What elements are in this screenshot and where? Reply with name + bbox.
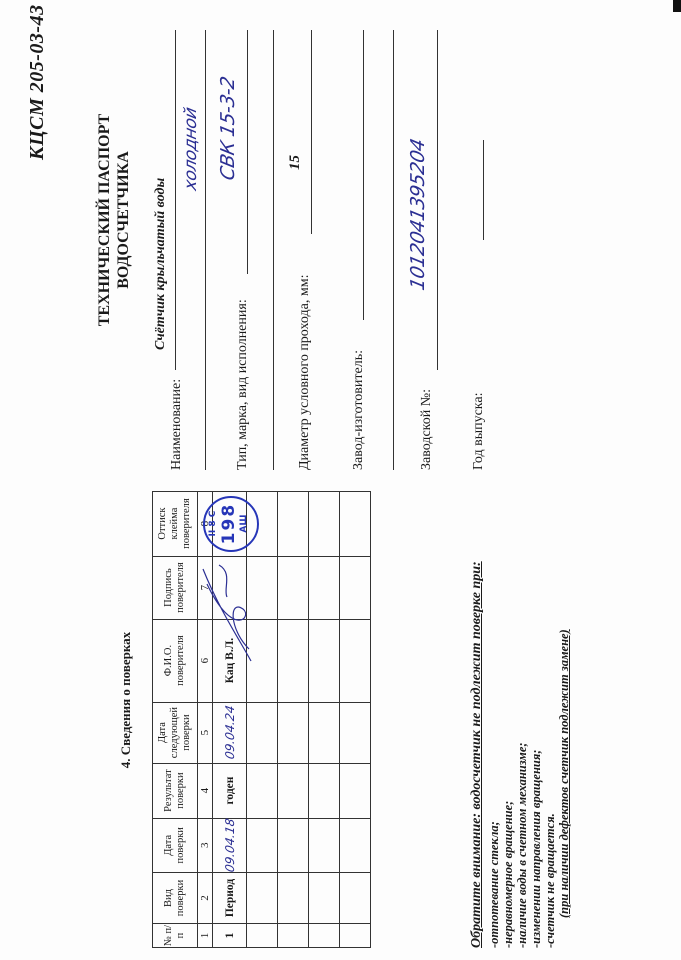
table-header-row: № п/п Вид поверки Дата поверки Результат… — [153, 491, 198, 947]
field-manufacturer-line2 — [393, 30, 394, 470]
field-serial: Заводской №: 1012041395204 — [399, 30, 451, 470]
field-diameter-value: 15 — [287, 155, 304, 170]
row-next-date: 09.04.24 — [213, 702, 247, 763]
field-type-line — [247, 30, 248, 274]
field-year-label: Год выпуска: — [471, 393, 487, 471]
col-number: 5 — [198, 702, 213, 763]
row-signature — [213, 556, 247, 619]
table-row — [247, 491, 278, 947]
passport-title: ТЕХНИЧЕСКИЙ ПАСПОРТ ВОДОСЧЕТЧИКА — [95, 30, 133, 410]
header-result: Результат поверки — [153, 763, 198, 818]
field-type: Тип, марка, вид исполнения: СВК 15-3-2 — [217, 30, 281, 470]
checks-table: № п/п Вид поверки Дата поверки Результат… — [152, 491, 371, 948]
notes-section: Обратите внимание: водосчетчик не подлеж… — [470, 478, 571, 948]
header-num: № п/п — [153, 924, 198, 948]
field-diameter-label: Диаметр условного прохода, мм: — [297, 275, 313, 470]
verifier-stamp: II 8 С 198 АШ — [203, 496, 259, 552]
notes-heading: Обратите внимание: водосчетчик не подлеж… — [470, 478, 484, 948]
field-manufacturer: Завод-изготовитель: — [335, 30, 399, 470]
handwritten-date: 09.04.18 — [223, 817, 237, 873]
column-number-row: 1 2 3 4 5 6 7 8 — [198, 491, 213, 947]
field-type-handwritten: СВК 15-3-2 — [217, 75, 239, 183]
row-num: 1 — [213, 924, 247, 948]
row-verifier: Кац В.Л. — [213, 619, 247, 702]
col-number: 7 — [198, 556, 213, 619]
field-type-line2 — [273, 30, 274, 470]
scanned-document-frame: КЦСМ 205-03-43 4. Сведения о поверках № … — [0, 0, 681, 960]
field-manufacturer-line — [363, 30, 364, 320]
table-row — [309, 491, 340, 947]
notes-item: -отпотевание стекла; — [487, 478, 501, 948]
header-next-date: Дата следующей поверки — [153, 702, 198, 763]
notes-heading-prefix: Обратите внимание: — [469, 813, 484, 948]
header-signature: Подпись поверителя — [153, 556, 198, 619]
field-name-label: Наименование: — [169, 379, 185, 470]
field-serial-label: Заводской №: — [419, 389, 435, 470]
notes-item: -наличие воды в счетном механизме; — [515, 478, 529, 948]
passport-form: ТЕХНИЧЕСКИЙ ПАСПОРТ ВОДОСЧЕТЧИКА Наимено… — [95, 30, 501, 470]
header-date: Дата поверки — [153, 818, 198, 872]
table-row: 1 Период 09.04.18 годен 09.04.24 Кац В.Л… — [213, 491, 247, 947]
col-number: 1 — [198, 924, 213, 948]
notes-item: -неравномерное вращение; — [501, 478, 515, 948]
field-name-line2 — [205, 30, 206, 470]
stamp-number: 198 — [219, 498, 239, 550]
field-manufacturer-label: Завод-изготовитель: — [351, 350, 367, 470]
checks-table-title: 4. Сведения о поверках — [118, 560, 134, 840]
field-serial-line — [437, 30, 438, 370]
field-name-line — [175, 30, 176, 370]
passport-title-line1: ТЕХНИЧЕСКИЙ ПАСПОРТ — [95, 30, 114, 410]
field-year-line — [483, 140, 484, 240]
col-number: 3 — [198, 818, 213, 872]
field-name-handwritten: холодной — [181, 106, 201, 192]
handwritten-next-date: 09.04.24 — [223, 705, 237, 761]
notes-heading-rest: водосчетчик не подлежит поверке при: — [469, 561, 484, 813]
header-type: Вид поверки — [153, 873, 198, 924]
field-diameter-line — [311, 30, 312, 234]
header-verifier: Ф.И.О. поверителя — [153, 619, 198, 702]
notes-item: -счетчик не вращается. — [543, 478, 557, 948]
field-type-label: Тип, марка, вид исполнения: — [235, 299, 251, 470]
row-date: 09.04.18 — [213, 818, 247, 872]
col-number: 6 — [198, 619, 213, 702]
table-row — [278, 491, 309, 947]
stamp-bottom: АШ — [239, 498, 249, 550]
document-page: КЦСМ 205-03-43 4. Сведения о поверках № … — [0, 0, 681, 960]
col-number: 4 — [198, 763, 213, 818]
field-name-value: Счётчик крыльчатый воды — [153, 178, 169, 350]
row-stamp: II 8 С 198 АШ — [213, 491, 247, 556]
field-serial-handwritten: 1012041395204 — [407, 137, 429, 292]
notes-item: -изменении направления вращения; — [529, 478, 543, 948]
row-result: годен — [213, 763, 247, 818]
field-year: Год выпуска: — [451, 30, 501, 470]
scan-edge-mark — [673, 0, 681, 12]
document-code: КЦСМ 205-03-43 — [26, 4, 49, 160]
stamp-top: II 8 С — [208, 498, 218, 550]
passport-title-line2: ВОДОСЧЕТЧИКА — [114, 30, 133, 410]
row-type: Период — [213, 873, 247, 924]
field-diameter: Диаметр условного прохода, мм: 15 — [281, 30, 335, 470]
notes-footer: (при наличии дефектов счетчик подлежит з… — [557, 478, 571, 918]
field-name: Наименование: Счётчик крыльчатый воды хо… — [153, 30, 217, 470]
table-row — [340, 491, 371, 947]
col-number: 2 — [198, 873, 213, 924]
header-stamp: Оттиск клейма поверителя — [153, 491, 198, 556]
